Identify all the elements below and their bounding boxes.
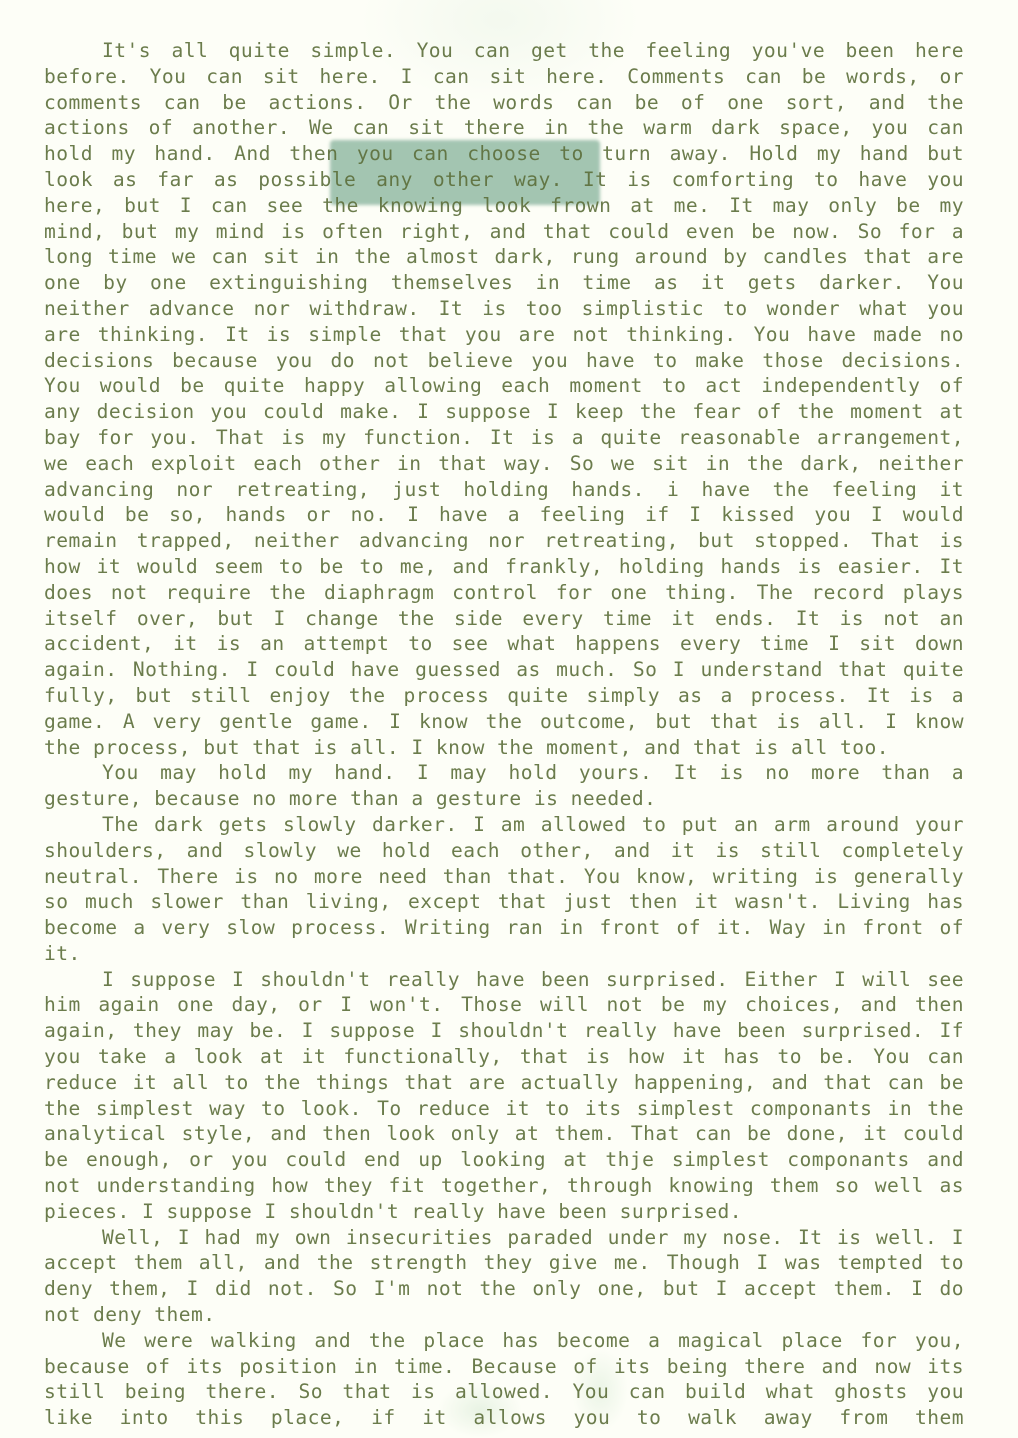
text-line: be enough, or you could end up looking a… xyxy=(44,1147,964,1173)
text-line: fully, but still enjoy the process quite… xyxy=(44,683,964,709)
text-line: the simplest way to look. To reduce it t… xyxy=(44,1096,964,1122)
text-line: like into this place, if it allows you t… xyxy=(44,1405,964,1431)
text-line: the process, but that is all. I know the… xyxy=(44,735,964,761)
text-line: again. Nothing. I could have guessed as … xyxy=(44,657,964,683)
text-line: look as far as possible any other way. I… xyxy=(44,167,964,193)
text-line: You would be quite happy allowing each m… xyxy=(44,373,964,399)
text-line: reduce it all to the things that are act… xyxy=(44,1070,964,1096)
text-line: Well, I had my own insecurities paraded … xyxy=(44,1225,964,1251)
text-line: it. xyxy=(44,941,964,967)
text-line: analytical style, and then look only at … xyxy=(44,1121,964,1147)
text-line: still being there. So that is allowed. Y… xyxy=(44,1379,964,1405)
text-line: not understanding how they fit together,… xyxy=(44,1173,964,1199)
text-line: neutral. There is no more need than that… xyxy=(44,864,964,890)
text-line: here, but I can see the knowing look fro… xyxy=(44,193,964,219)
text-line: are thinking. It is simple that you are … xyxy=(44,322,964,348)
text-line: gesture, because no more than a gesture … xyxy=(44,786,964,812)
text-line: so much slower than living, except that … xyxy=(44,889,964,915)
text-line: itself over, but I change the side every… xyxy=(44,606,964,632)
text-line: actions of another. We can sit there in … xyxy=(44,115,964,141)
text-line: accept them all, and the strength they g… xyxy=(44,1250,964,1276)
text-line: deny them, I did not. So I'm not the onl… xyxy=(44,1276,964,1302)
text-line: remain trapped, neither advancing nor re… xyxy=(44,528,964,554)
text-line: hold my hand. And then you can choose to… xyxy=(44,141,964,167)
text-line: not deny them. xyxy=(44,1302,964,1328)
text-line: advancing nor retreating, just holding h… xyxy=(44,477,964,503)
text-line: again, they may be. I suppose I shouldn'… xyxy=(44,1018,964,1044)
text-line: long time we can sit in the almost dark,… xyxy=(44,244,964,270)
text-line: because of its position in time. Because… xyxy=(44,1354,964,1380)
text-line: shoulders, and slowly we hold each other… xyxy=(44,838,964,864)
text-line: him again one day, or I won't. Those wil… xyxy=(44,992,964,1018)
text-line: neither advance nor withdraw. It is too … xyxy=(44,296,964,322)
text-line: before. You can sit here. I can sit here… xyxy=(44,64,964,90)
text-line: The dark gets slowly darker. I am allowe… xyxy=(44,812,964,838)
text-line: does not require the diaphragm control f… xyxy=(44,580,964,606)
text-line: decisions because you do not believe you… xyxy=(44,348,964,374)
text-line: It's all quite simple. You can get the f… xyxy=(44,38,964,64)
text-line: pieces. I suppose I shouldn't really hav… xyxy=(44,1199,964,1225)
text-line: would be so, hands or no. I have a feeli… xyxy=(44,502,964,528)
text-line: how it would seem to be to me, and frank… xyxy=(44,554,964,580)
text-line: one by one extinguishing themselves in t… xyxy=(44,270,964,296)
text-line: you take a look at it functionally, that… xyxy=(44,1044,964,1070)
text-line: comments can be actions. Or the words ca… xyxy=(44,90,964,116)
text-line: We were walking and the place has become… xyxy=(44,1328,964,1354)
text-line: bay for you. That is my function. It is … xyxy=(44,425,964,451)
text-line: we each exploit each other in that way. … xyxy=(44,451,964,477)
text-line: You may hold my hand. I may hold yours. … xyxy=(44,760,964,786)
text-line: any decision you could make. I suppose I… xyxy=(44,399,964,425)
text-line: become a very slow process. Writing ran … xyxy=(44,915,964,941)
text-line: accident, it is an attempt to see what h… xyxy=(44,631,964,657)
typewritten-text-body: It's all quite simple. You can get the f… xyxy=(44,38,964,1431)
text-line: game. A very gentle game. I know the out… xyxy=(44,709,964,735)
text-line: I suppose I shouldn't really have been s… xyxy=(44,967,964,993)
text-line: mind, but my mind is often right, and th… xyxy=(44,219,964,245)
